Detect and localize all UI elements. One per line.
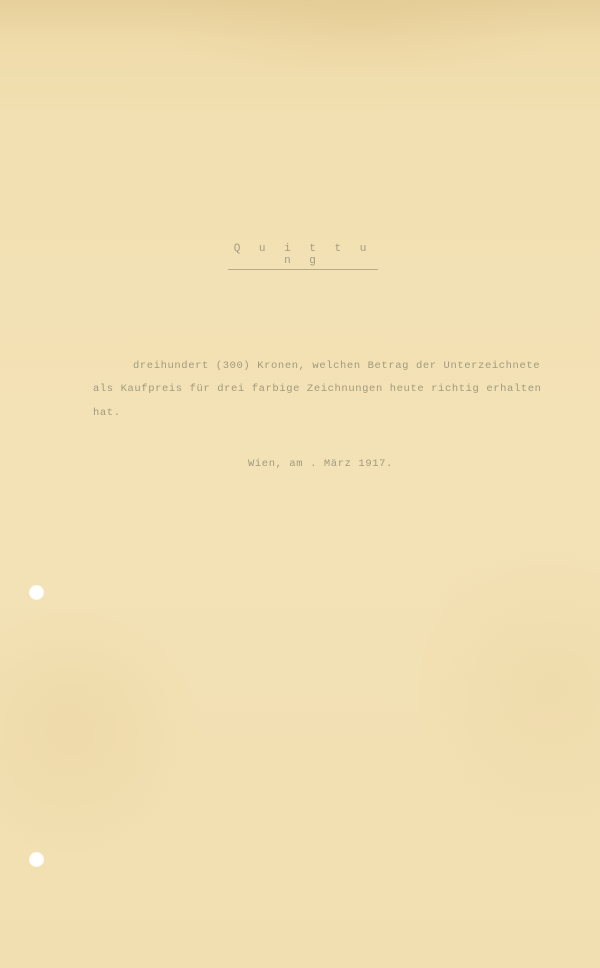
body-line-1: dreihundert (300) Kronen, welchen Betrag…	[133, 360, 540, 372]
body-line-3: hat.	[93, 407, 121, 419]
paper-stain	[0, 600, 200, 860]
punch-hole	[29, 852, 44, 867]
paper-stain	[420, 520, 600, 860]
document-title: Q u i t t u n g	[228, 243, 378, 270]
punch-hole	[29, 585, 44, 600]
body-line-2: als Kaufpreis für drei farbige Zeichnung…	[93, 383, 542, 395]
document-page: Q u i t t u n g dreihundert (300) Kronen…	[0, 0, 600, 968]
place-date: Wien, am . März 1917.	[248, 458, 393, 470]
paper-stain	[150, 0, 570, 80]
